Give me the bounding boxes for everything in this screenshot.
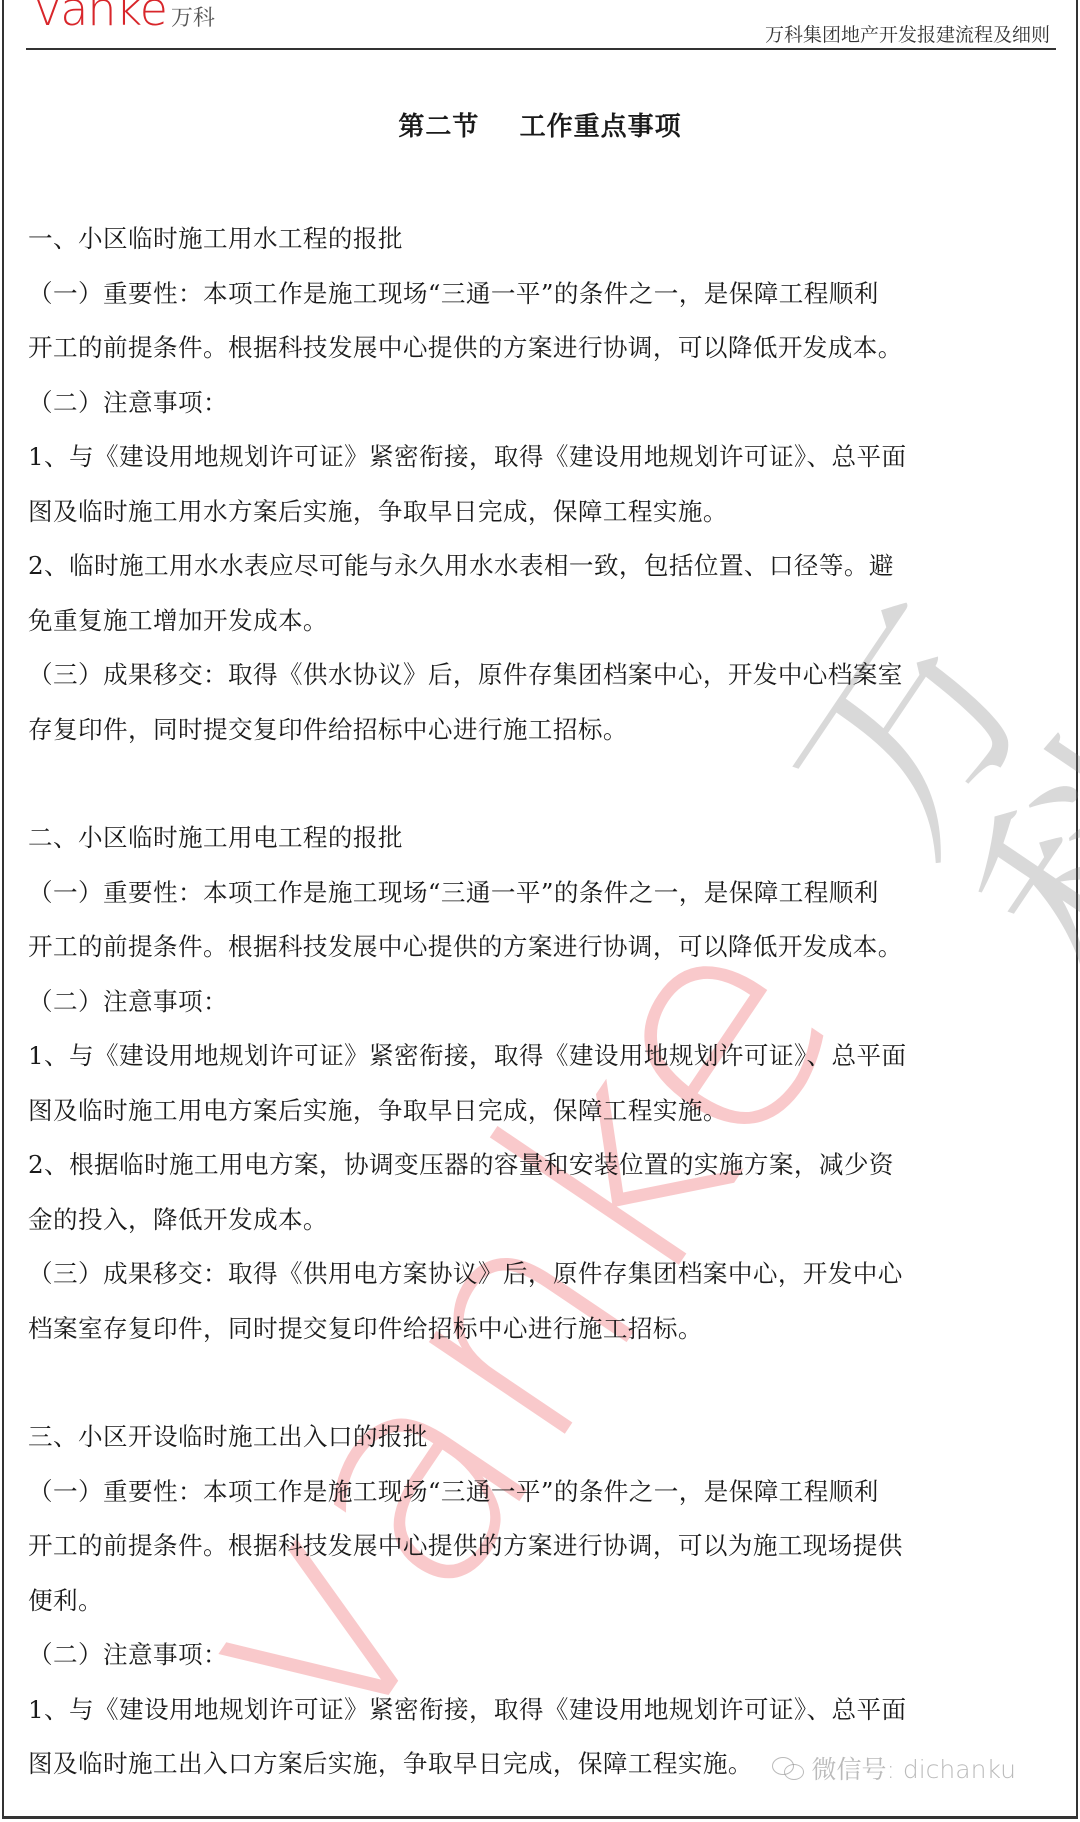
wechat-icon [772, 1755, 806, 1781]
page-header: vanke 万科 万科集团地产开发报建流程及细则 [4, 0, 1076, 50]
paragraph-line: （三）成果移交：取得《供水协议》后，原件存集团档案中心，开发中心档案室 [28, 648, 1058, 703]
paragraph-line: 2、根据临时施工用电方案，协调变压器的容量和安装位置的实施方案，减少资 [28, 1138, 1058, 1193]
paragraph-line: （二）注意事项： [28, 1628, 1058, 1683]
paragraph-line: （一）重要性：本项工作是施工现场“三通一平”的条件之一，是保障工程顺利 [28, 267, 1058, 322]
paragraph-line: （二）注意事项： [28, 975, 1058, 1030]
wechat-watermark: 微信号: dichanku [772, 1750, 1017, 1786]
paragraph-line: 1、与《建设用地规划许可证》紧密衔接，取得《建设用地规划许可证》、总平面 [28, 430, 1058, 485]
paragraph-line: 图及临时施工用电方案后实施，争取早日完成，保障工程实施。 [28, 1084, 1058, 1139]
paragraph-line: 便利。 [28, 1574, 1058, 1629]
paragraph-line: 存复印件，同时提交复印件给招标中心进行施工招标。 [28, 703, 1058, 758]
section-heading: 一、小区临时施工用水工程的报批 [28, 212, 1058, 267]
vanke-logo: vanke 万科 [34, 0, 215, 32]
paragraph-line: 2、临时施工用水水表应尽可能与永久用水水表相一致，包括位置、口径等。避 [28, 539, 1058, 594]
paragraph-line: （二）注意事项： [28, 376, 1058, 431]
paragraph-line: 开工的前提条件。根据科技发展中心提供的方案进行协调，可以降低开发成本。 [28, 321, 1058, 376]
logo-text-en: vanke [34, 0, 167, 32]
document-title: 万科集团地产开发报建流程及细则 [765, 20, 1050, 47]
paragraph-line: （一）重要性：本项工作是施工现场“三通一平”的条件之一，是保障工程顺利 [28, 1465, 1058, 1520]
section-heading: 三、小区开设临时施工出入口的报批 [28, 1410, 1058, 1465]
section-spacer [28, 757, 1058, 811]
paragraph-line: （三）成果移交：取得《供用电方案协议》后，原件存集团档案中心，开发中心 [28, 1247, 1058, 1302]
document-body: 一、小区临时施工用水工程的报批 （一）重要性：本项工作是施工现场“三通一平”的条… [28, 212, 1058, 1792]
paragraph-line: 开工的前提条件。根据科技发展中心提供的方案进行协调，可以为施工现场提供 [28, 1519, 1058, 1574]
document-page: vanke 万科 vanke 万科 万科集团地产开发报建流程及细则 第二节 工作… [2, 0, 1078, 1819]
header-divider [26, 48, 1056, 50]
paragraph-line: 1、与《建设用地规划许可证》紧密衔接，取得《建设用地规划许可证》、总平面 [28, 1683, 1058, 1738]
paragraph-line: 1、与《建设用地规划许可证》紧密衔接，取得《建设用地规划许可证》、总平面 [28, 1029, 1058, 1084]
paragraph-line: 免重复施工增加开发成本。 [28, 594, 1058, 649]
logo-text-cn: 万科 [171, 8, 215, 30]
wechat-id-text: 微信号: dichanku [812, 1750, 1017, 1786]
paragraph-line: 图及临时施工用水方案后实施，争取早日完成，保障工程实施。 [28, 485, 1058, 540]
section-spacer [28, 1356, 1058, 1410]
section-heading: 二、小区临时施工用电工程的报批 [28, 811, 1058, 866]
section-title: 第二节 工作重点事项 [4, 106, 1076, 143]
paragraph-line: 开工的前提条件。根据科技发展中心提供的方案进行协调，可以降低开发成本。 [28, 920, 1058, 975]
paragraph-line: 金的投入，降低开发成本。 [28, 1193, 1058, 1248]
paragraph-line: 档案室存复印件，同时提交复印件给招标中心进行施工招标。 [28, 1302, 1058, 1357]
paragraph-line: （一）重要性：本项工作是施工现场“三通一平”的条件之一，是保障工程顺利 [28, 866, 1058, 921]
